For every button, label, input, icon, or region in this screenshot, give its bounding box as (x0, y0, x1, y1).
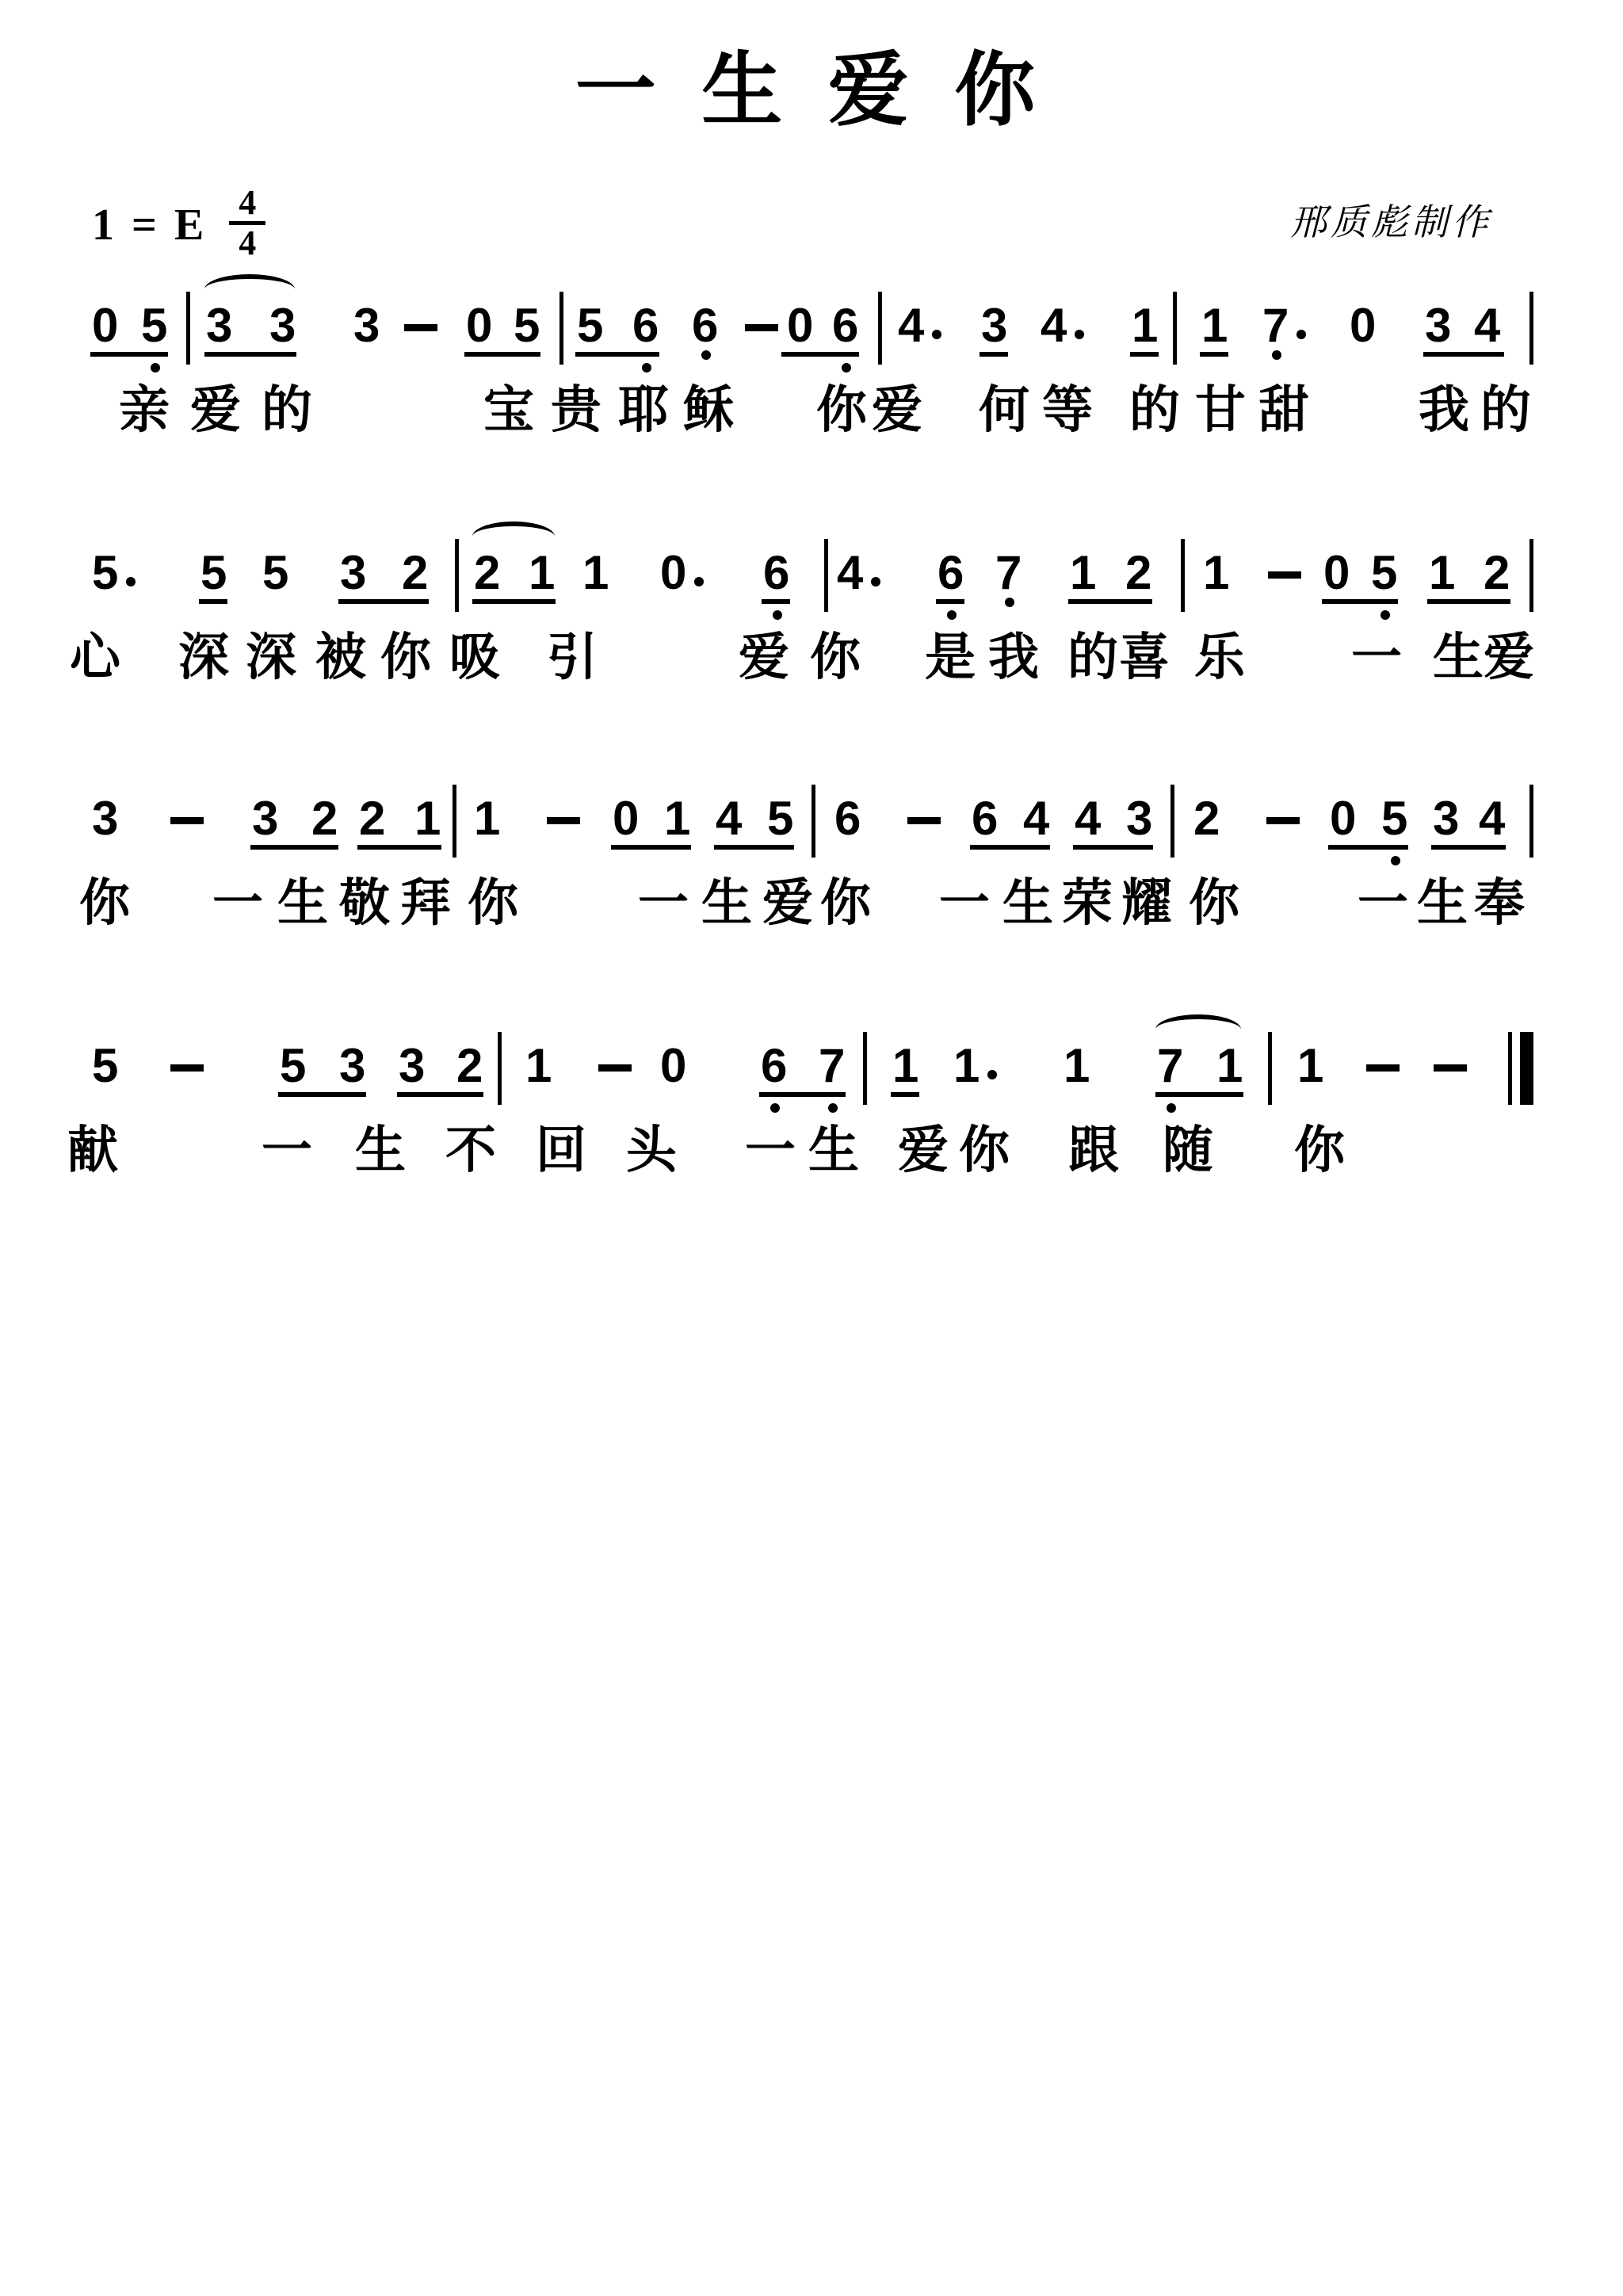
beam-underline-line2 (936, 599, 964, 604)
note-number-line2: 1 (1203, 549, 1229, 597)
note-number-line1: 6 (692, 302, 718, 350)
lyric-char-line2: 吸 (449, 632, 500, 684)
note-number-line4: 7 (1157, 1042, 1183, 1090)
note-number-line4: 3 (339, 1042, 365, 1090)
note-number-line1: 1 (1132, 302, 1158, 350)
slur-arc-line2 (472, 521, 555, 552)
barline-line3 (1529, 785, 1533, 858)
beam-underline-line3 (1328, 845, 1408, 850)
lyric-char-line2: 心 (70, 632, 120, 684)
note-number-line2: 2 (1125, 549, 1151, 597)
note-number-line3: 3 (252, 795, 278, 842)
lyric-char-line2: 我 (988, 632, 1039, 684)
lyric-char-line2: 引 (547, 632, 598, 684)
note-number-line3: 1 (664, 795, 690, 842)
note-number-line1: 5 (514, 302, 540, 350)
music-sheet-page: 一 生 爱 你 1 = E 4 4 邢质彪制作 0533305566064341… (0, 0, 1623, 2296)
lyric-char-line1: 亲 (119, 384, 170, 437)
note-number-line2: 4 (837, 549, 863, 597)
note-number-line2: 0 (660, 549, 686, 597)
beam-underline-line1 (1200, 352, 1228, 357)
note-number-line3: 3 (1126, 795, 1152, 842)
beam-underline-line3 (1431, 845, 1506, 850)
barline-line2 (455, 539, 459, 612)
low-octave-dot (947, 610, 957, 620)
lyric-char-line2: 被 (315, 632, 366, 684)
lyric-char-line2: 深 (178, 632, 229, 684)
lyric-char-line3: 拜 (400, 877, 451, 930)
lyric-char-line2: 的 (1067, 632, 1118, 684)
duration-dash-line4 (1434, 1064, 1467, 1072)
barline-line2 (824, 539, 828, 612)
note-number-line2: 5 (262, 549, 288, 597)
time-signature: 4 4 (229, 187, 265, 259)
note-number-line3: 4 (716, 795, 742, 842)
lyric-char-line1: 稣 (683, 384, 734, 437)
barline-line3 (811, 785, 815, 858)
low-octave-dot (642, 363, 651, 372)
beam-underline-line1 (1423, 352, 1504, 357)
note-number-line3: 0 (613, 795, 639, 842)
note-number-line4: 1 (1064, 1042, 1090, 1090)
note-number-line2: 0 (1323, 549, 1350, 597)
note-number-line4: 1 (892, 1042, 918, 1090)
lyric-char-line2: 喜 (1119, 632, 1170, 684)
time-signature-numerator: 4 (239, 187, 256, 219)
note-number-line3: 2 (359, 795, 385, 842)
beam-underline-line1 (575, 352, 659, 357)
key-label: 1 = E (92, 201, 207, 249)
barline-line1 (186, 292, 190, 365)
note-number-line4: 0 (660, 1042, 686, 1090)
note-number-line3: 4 (1023, 795, 1049, 842)
lyric-char-line4: 你 (1294, 1125, 1345, 1177)
note-number-line3: 4 (1075, 795, 1101, 842)
augmentation-dot (1296, 330, 1306, 339)
lyric-char-line3: 一 (212, 877, 263, 930)
barline-line4 (863, 1032, 867, 1105)
note-number-line3: 6 (972, 795, 998, 842)
note-number-line4: 7 (819, 1042, 845, 1090)
lyric-char-line2: 爱 (1484, 632, 1534, 684)
beam-underline-line1 (980, 352, 1008, 357)
lyric-char-line1: 的 (262, 384, 312, 437)
note-number-line3: 3 (1433, 795, 1459, 842)
page-title: 一 生 爱 你 (0, 51, 1623, 133)
beam-underline-line1 (204, 352, 296, 357)
note-number-line2: 5 (1371, 549, 1397, 597)
lyric-char-line4: 不 (445, 1125, 496, 1177)
note-number-line3: 1 (474, 795, 500, 842)
lyric-char-line3: 耀 (1121, 877, 1172, 930)
lyric-char-line4: 一 (262, 1125, 312, 1177)
note-number-line1: 6 (632, 302, 659, 350)
lyric-char-line3: 一 (939, 877, 990, 930)
beam-underline-line1 (1130, 352, 1159, 357)
lyric-char-line4: 爱 (898, 1125, 949, 1177)
note-number-line3: 2 (311, 795, 338, 842)
lyric-char-line4: 一 (745, 1125, 796, 1177)
lyric-char-line4: 头 (626, 1125, 677, 1177)
duration-dash-line1 (404, 324, 437, 331)
lyric-char-line2: 生 (1433, 632, 1484, 684)
lyric-char-line1: 耶 (618, 384, 669, 437)
barline-line3 (1170, 785, 1174, 858)
lyric-char-line3: 爱 (762, 877, 813, 930)
barline-line2 (1181, 539, 1185, 612)
lyric-char-line3: 奉 (1474, 877, 1525, 930)
note-number-line2: 5 (92, 549, 118, 597)
note-number-line2: 7 (995, 549, 1022, 597)
note-number-line1: 4 (1474, 302, 1500, 350)
note-number-line4: 1 (525, 1042, 552, 1090)
barline-line1 (559, 292, 563, 365)
note-number-line1: 5 (577, 302, 603, 350)
note-number-line1: 0 (466, 302, 492, 350)
lyric-char-line4: 随 (1163, 1125, 1213, 1177)
lyric-char-line4: 生 (808, 1125, 859, 1177)
low-octave-dot (773, 610, 782, 620)
note-number-line4: 5 (92, 1042, 118, 1090)
lyric-char-line1: 的 (1129, 384, 1180, 437)
duration-dash-line4 (598, 1064, 632, 1072)
slur-arc-line4 (1155, 1014, 1241, 1045)
duration-dash-line3 (907, 817, 941, 824)
note-number-line1: 3 (1425, 302, 1451, 350)
lyric-char-line4: 回 (536, 1125, 586, 1177)
note-number-line1: 0 (787, 302, 813, 350)
note-number-line4: 5 (280, 1042, 306, 1090)
lyric-char-line1: 我 (1419, 384, 1469, 437)
lyric-char-line1: 宝 (483, 384, 534, 437)
low-octave-dot (828, 1103, 838, 1113)
duration-dash-line3 (170, 817, 204, 824)
note-number-line4: 1 (953, 1042, 980, 1090)
lyric-char-line3: 你 (79, 877, 130, 930)
lyric-char-line2: 你 (810, 632, 861, 684)
note-number-line1: 0 (92, 302, 118, 350)
note-number-line2: 1 (1429, 549, 1455, 597)
augmentation-dot (694, 577, 704, 586)
beam-underline-line2 (338, 599, 429, 604)
note-number-line4: 1 (1216, 1042, 1243, 1090)
beam-underline-line3 (250, 845, 338, 850)
beam-underline-line4 (278, 1092, 366, 1097)
arranger-credit: 邢质彪制作 (1290, 203, 1492, 243)
lyric-char-line1: 等 (1042, 384, 1093, 437)
note-number-line2: 1 (1070, 549, 1096, 597)
lyric-char-line3: 荣 (1062, 877, 1113, 930)
note-number-line1: 3 (206, 302, 232, 350)
lyric-char-line4: 献 (67, 1125, 118, 1177)
duration-dash-line4 (1366, 1064, 1400, 1072)
note-number-line1: 0 (1350, 302, 1376, 350)
note-number-line2: 6 (938, 549, 964, 597)
beam-underline-line2 (1068, 599, 1152, 604)
beam-underline-line2 (1427, 599, 1510, 604)
beam-underline-line3 (611, 845, 691, 850)
augmentation-dot (932, 330, 941, 339)
note-number-line2: 1 (582, 549, 609, 597)
beam-underline-line3 (1073, 845, 1153, 850)
final-barline-thick (1520, 1032, 1533, 1105)
note-number-line2: 6 (763, 549, 789, 597)
augmentation-dot (1075, 330, 1084, 339)
low-octave-dot (1272, 350, 1281, 360)
lyric-char-line3: 一 (638, 877, 689, 930)
time-signature-denominator: 4 (239, 227, 256, 259)
lyric-char-line3: 生 (701, 877, 752, 930)
barline-line1 (1529, 292, 1533, 365)
note-number-line4: 3 (399, 1042, 425, 1090)
beam-underline-line2 (199, 599, 227, 604)
lyric-char-line3: 一 (1358, 877, 1408, 930)
note-number-line1: 1 (1201, 302, 1228, 350)
beam-underline-line4 (397, 1092, 483, 1097)
note-number-line1: 4 (1041, 302, 1067, 350)
barline-line1 (1173, 292, 1177, 365)
lyric-char-line3: 敬 (339, 877, 390, 930)
note-number-line2: 2 (1484, 549, 1510, 597)
lyric-char-line2: 你 (380, 632, 431, 684)
barline-line2 (1529, 539, 1533, 612)
beam-underline-line4 (1155, 1092, 1243, 1097)
low-octave-dot (770, 1103, 780, 1113)
lyric-char-line2: 深 (246, 632, 296, 684)
low-octave-dot (1391, 856, 1400, 865)
duration-dash-line3 (547, 817, 580, 824)
note-number-line3: 2 (1193, 795, 1220, 842)
note-number-line1: 3 (269, 302, 296, 350)
lyric-char-line3: 生 (1002, 877, 1053, 930)
beam-underline-line3 (357, 845, 441, 850)
beam-underline-line4 (759, 1092, 846, 1097)
note-number-line2: 2 (402, 549, 428, 597)
low-octave-dot (1381, 610, 1390, 620)
note-number-line4: 1 (1297, 1042, 1323, 1090)
note-number-line1: 5 (141, 302, 167, 350)
augmentation-dot (987, 1070, 997, 1079)
lyric-char-line2: 乐 (1194, 632, 1245, 684)
note-number-line3: 1 (414, 795, 441, 842)
note-number-line3: 0 (1330, 795, 1356, 842)
lyric-char-line4: 跟 (1068, 1125, 1119, 1177)
low-octave-dot (1167, 1103, 1176, 1113)
note-number-line1: 3 (353, 302, 380, 350)
augmentation-dot (871, 577, 880, 586)
beam-underline-line3 (970, 845, 1050, 850)
lyric-char-line3: 你 (468, 877, 518, 930)
note-number-line2: 3 (340, 549, 366, 597)
beam-underline-line4 (891, 1092, 919, 1097)
duration-dash-line2 (1268, 571, 1301, 579)
note-number-line3: 3 (92, 795, 118, 842)
lyric-char-line2: 一 (1351, 632, 1402, 684)
note-number-line3: 5 (767, 795, 793, 842)
lyric-char-line1: 甜 (1258, 384, 1309, 437)
beam-underline-line1 (464, 352, 540, 357)
note-number-line3: 4 (1479, 795, 1505, 842)
lyric-char-line1: 的 (1480, 384, 1531, 437)
note-number-line1: 7 (1262, 302, 1289, 350)
low-octave-dot (151, 363, 160, 372)
lyric-char-line1: 何 (979, 384, 1029, 437)
barline-line4 (498, 1032, 502, 1105)
lyric-char-line2: 爱 (739, 632, 789, 684)
low-octave-dot (842, 363, 851, 372)
duration-dash-line3 (1266, 817, 1300, 824)
note-number-line4: 2 (456, 1042, 483, 1090)
duration-dash-line1 (745, 324, 778, 331)
lyric-char-line1: 爱 (190, 384, 241, 437)
note-number-line2: 5 (200, 549, 227, 597)
lyric-char-line3: 生 (277, 877, 328, 930)
slur-arc-line1 (204, 274, 295, 304)
lyric-char-line4: 你 (959, 1125, 1010, 1177)
note-number-line4: 6 (761, 1042, 787, 1090)
note-number-line3: 6 (834, 795, 861, 842)
note-number-line3: 5 (1381, 795, 1407, 842)
lyric-char-line4: 生 (355, 1125, 406, 1177)
low-octave-dot (1005, 598, 1014, 607)
lyric-char-line1: 爱 (872, 384, 922, 437)
note-number-line2: 1 (529, 549, 555, 597)
note-number-line2: 2 (474, 549, 500, 597)
barline-line1 (878, 292, 882, 365)
lyric-char-line1: 甘 (1195, 384, 1246, 437)
note-number-line1: 3 (981, 302, 1007, 350)
duration-dash-line4 (170, 1064, 204, 1072)
key-signature: 1 = E 4 4 (92, 189, 265, 261)
lyric-char-line1: 你 (816, 384, 867, 437)
lyric-char-line1: 贵 (551, 384, 601, 437)
final-barline-thin (1508, 1032, 1512, 1105)
note-number-line1: 6 (832, 302, 858, 350)
note-number-line1: 4 (898, 302, 924, 350)
lyric-char-line3: 生 (1417, 877, 1468, 930)
beam-underline-line1 (90, 352, 168, 357)
beam-underline-line3 (714, 845, 794, 850)
low-octave-dot (701, 350, 711, 360)
beam-underline-line2 (762, 599, 790, 604)
barline-line3 (453, 785, 456, 858)
lyric-char-line3: 你 (1189, 877, 1239, 930)
barline-line4 (1268, 1032, 1272, 1105)
beam-underline-line2 (1322, 599, 1398, 604)
augmentation-dot (126, 577, 136, 586)
beam-underline-line2 (472, 599, 556, 604)
beam-underline-line1 (781, 352, 859, 357)
lyric-char-line2: 是 (925, 632, 976, 684)
lyric-char-line3: 你 (820, 877, 871, 930)
